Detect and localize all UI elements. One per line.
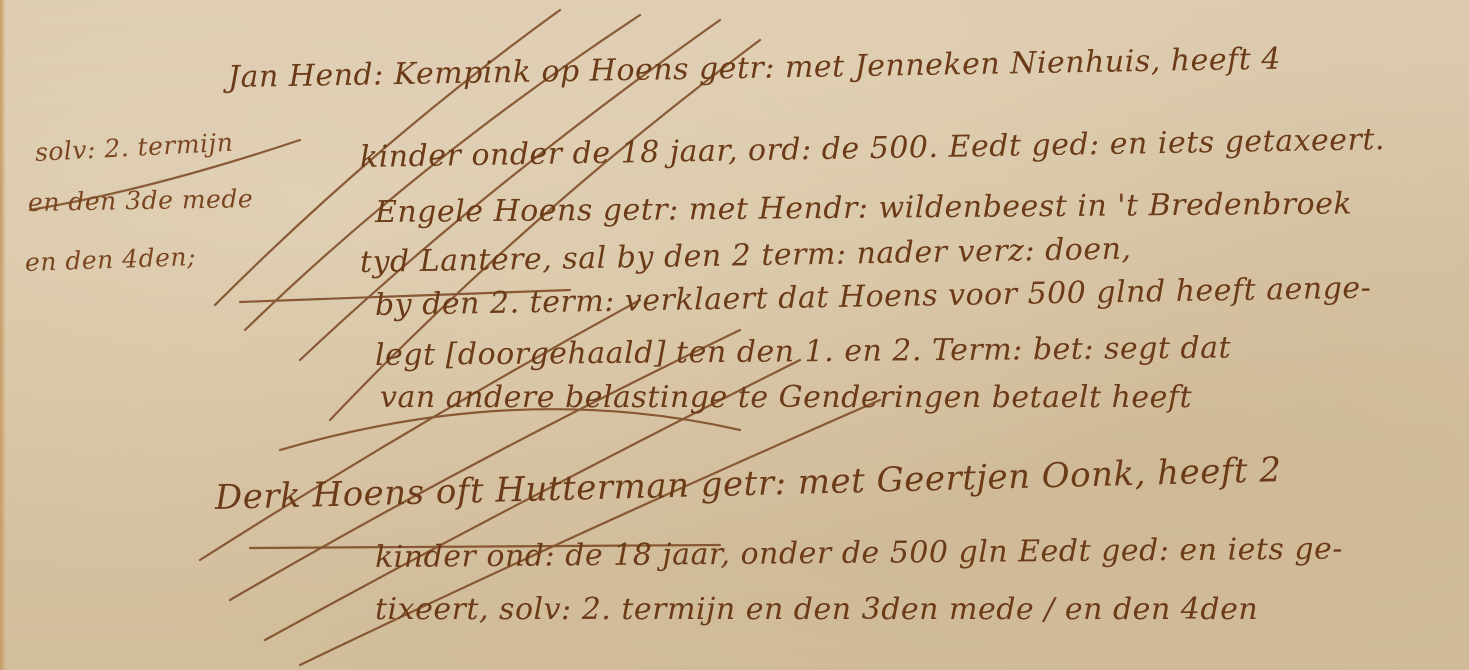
entry-2-line-2: kinder ond: de 18 jaar, onder de 500 gln… xyxy=(375,532,1343,575)
manuscript-page: solv: 2. termijn en den 3de mede en den … xyxy=(0,0,1469,670)
entry-1-line-6: legt [doorgehaald] ten den 1. en 2. Term… xyxy=(375,331,1231,373)
entry-2-line-1: Derk Hoens oft Hutterman getr: met Geert… xyxy=(214,450,1281,518)
margin-note-line: en den 3de mede xyxy=(28,184,254,217)
entry-1-line-1: Jan Hend: Kempink op Hoens getr: met Jen… xyxy=(228,42,1281,95)
page-edge xyxy=(0,0,6,670)
entry-1-line-3: Engele Hoens getr: met Hendr: wildenbees… xyxy=(375,186,1352,230)
margin-note-line: en den 4den; xyxy=(24,242,196,277)
entry-1-line-7: van andere belastinge te Genderingen bet… xyxy=(380,380,1192,415)
entry-1-line-5: by den 2. term: verklaert dat Hoens voor… xyxy=(375,271,1372,323)
entry-1-line-4: tyd Lantere, sal by den 2 term: nader ve… xyxy=(360,232,1132,280)
margin-note-line: solv: 2. termijn xyxy=(34,128,234,167)
entry-1-line-2: kinder onder de 18 jaar, ord: de 500. Ee… xyxy=(360,122,1386,175)
entry-2-line-3: tixeert, solv: 2. termijn en den 3den me… xyxy=(375,592,1258,627)
